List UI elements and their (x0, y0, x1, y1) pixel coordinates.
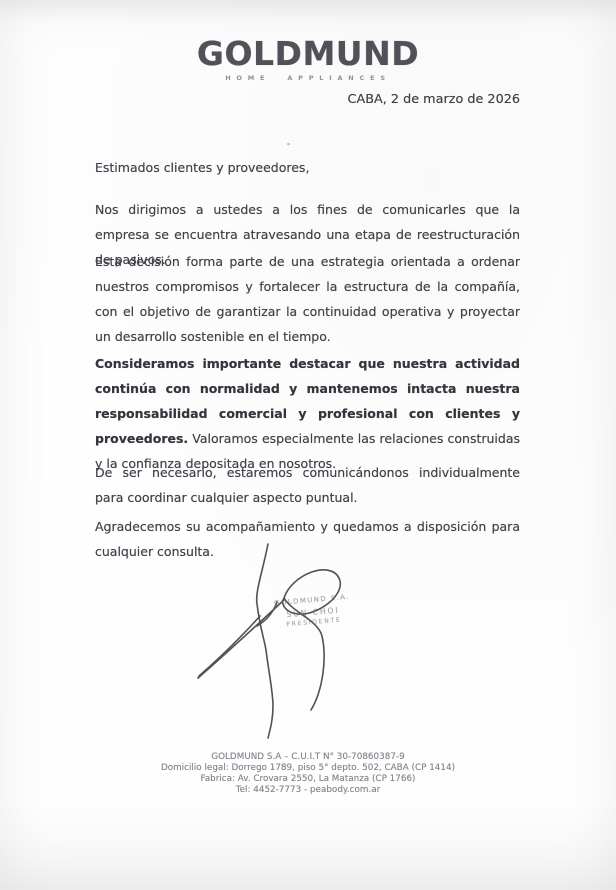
paragraph-contact: De ser necesario, estaremos comunicándon… (95, 460, 520, 510)
paragraph-strategy: Esta decisión forma parte de una estrate… (95, 249, 520, 349)
scanned-letter-page: GOLDMUND HOME APPLIANCES CABA, 2 de marz… (0, 0, 616, 890)
footer-phone-web: Tel: 4452-7773 - peabody.com.ar (0, 785, 616, 796)
brand-name: GOLDMUND (0, 34, 616, 73)
paragraph-activity: Consideramos importante destacar que nue… (95, 351, 520, 476)
signature-block: GOLDMUND S.A. SUN CHOI PRESIDENTE (180, 540, 435, 745)
footer-company-cuit: GOLDMUND S.A – C.U.I.T N° 30-70860387-9 (0, 752, 616, 763)
company-logo: GOLDMUND HOME APPLIANCES (0, 34, 616, 82)
footer: GOLDMUND S.A – C.U.I.T N° 30-70860387-9 … (0, 752, 616, 796)
footer-legal-address: Domicilio legal: Dorrego 1789, piso 5° d… (0, 763, 616, 774)
date-line: CABA, 2 de marzo de 2026 (95, 92, 520, 107)
greeting: Estimados clientes y proveedores, (95, 155, 520, 180)
handwritten-signature-icon (180, 540, 435, 745)
scan-speck (287, 143, 290, 145)
brand-tagline: HOME APPLIANCES (0, 74, 616, 82)
footer-factory-address: Fabrica: Av. Crovara 2550, La Matanza (C… (0, 774, 616, 785)
